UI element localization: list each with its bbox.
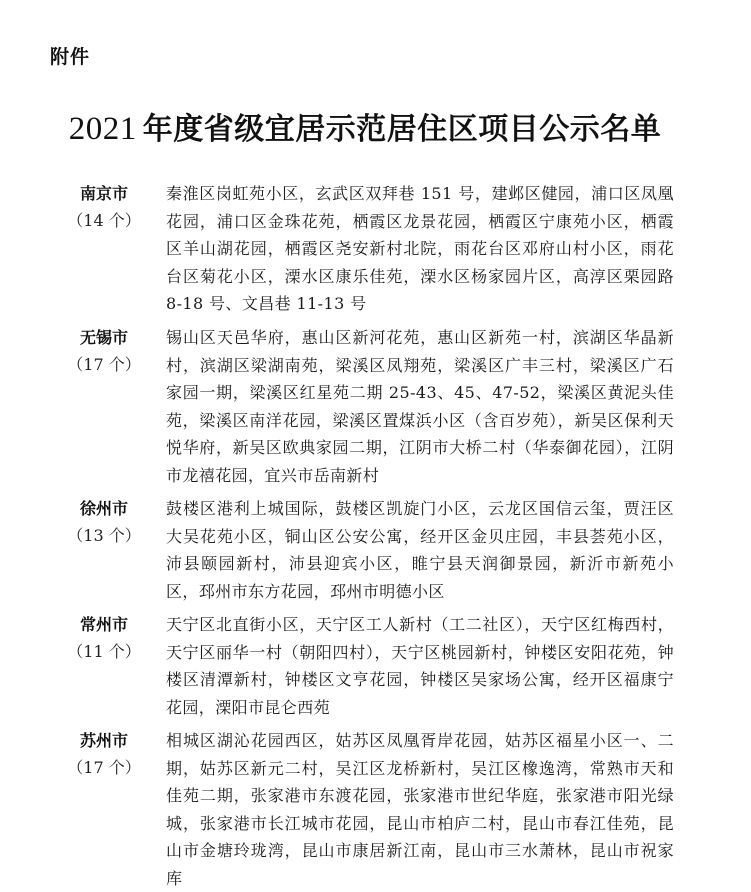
project-list: 相城区湖沁花园西区，姑苏区凤凰胥岸花园，姑苏区福星小区一、二期，姑苏区新元二村，… [166,727,674,892]
city-header: 无锡市 （17 个） [64,324,144,378]
attachment-label: 附件 [50,42,90,69]
project-list: 秦淮区岗虹苑小区，玄武区双拜巷 151 号，建邺区健园，浦口区凤凰花园，浦口区金… [166,180,674,318]
title-year: 2021 [69,111,137,147]
city-header: 苏州市 （17 个） [64,727,144,781]
title-text: 年度省级宜居示范居住区项目公示名单 [143,112,662,147]
city-count: （14 个） [64,207,144,234]
city-count: （11 个） [64,638,144,665]
city-name: 苏州市 [64,727,144,754]
city-header: 徐州市 （13 个） [64,495,144,549]
city-name: 南京市 [64,180,144,207]
project-list: 天宁区北直街小区，天宁区工人新村（工二社区），天宁区红梅西村，天宁区丽华一村（朝… [166,611,674,721]
city-name: 徐州市 [64,495,144,522]
document-title: 2021年度省级宜居示范居住区项目公示名单 [0,104,730,148]
project-list: 锡山区天邑华府，惠山区新河花苑，惠山区新苑一村，滨湖区华晶新村，滨湖区梁湖南苑，… [166,324,674,489]
city-header: 南京市 （14 个） [64,180,144,234]
city-count: （13 个） [64,522,144,549]
city-name: 无锡市 [64,324,144,351]
city-count: （17 个） [64,351,144,378]
city-name: 常州市 [64,611,144,638]
city-header: 常州市 （11 个） [64,611,144,665]
city-count: （17 个） [64,754,144,781]
project-list: 鼓楼区港利上城国际，鼓楼区凯旋门小区，云龙区国信云玺，贾汪区大吴花苑小区，铜山区… [166,495,674,605]
